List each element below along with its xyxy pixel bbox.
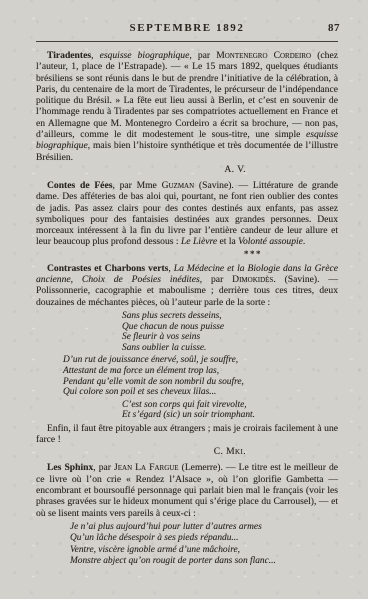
- text-segment: Montenegro Cordeiro: [216, 50, 311, 61]
- verse-line: Sans plus secrets desseins,: [122, 311, 338, 322]
- text-segment: Le Lièvre: [181, 236, 217, 247]
- verse-line: D’un rut de jouissance énervé, soûl, je …: [63, 355, 338, 366]
- text-segment: Contes de Fées: [47, 180, 112, 191]
- poem-stanza-4: Je n’ai plus aujourd’hui pour lutter d’a…: [70, 522, 338, 543]
- text-segment: Volonté assoupie: [238, 236, 303, 247]
- text-segment: Dimokidès: [232, 274, 273, 285]
- verse-line: Qu’un lâche désespoir à ses pieds répand…: [70, 533, 338, 544]
- poem-stanza-2: D’un rut de jouissance énervé, soûl, je …: [63, 355, 338, 397]
- header-month: SEPTEMBRE 1892: [36, 22, 338, 34]
- text-block: SEPTEMBRE 1892 87 Tiradentes, esquisse b…: [36, 22, 338, 568]
- text-segment: (chez l’auteur, 1, place de l’Estrapade)…: [36, 50, 338, 140]
- text-segment: Les Sphinx: [47, 462, 93, 473]
- text-segment: , par: [200, 274, 232, 285]
- text-segment: , par Mme: [112, 180, 161, 191]
- article-contrastes-closing: Enfin, il faut être pitoyable aux étrang…: [36, 423, 338, 446]
- section-separator: ***: [36, 250, 338, 259]
- verse-line: Pendant qu’elle vomit de son nombril du …: [63, 377, 338, 388]
- text-segment: ,: [91, 50, 100, 61]
- verse-line: Que chacun de nous puisse: [122, 322, 338, 333]
- verse-line: Je n’ai plus aujourd’hui pour lutter d’a…: [70, 522, 338, 533]
- running-header: SEPTEMBRE 1892 87: [36, 22, 338, 37]
- article-contrastes: Contrastes et Charbons verts, La Médecin…: [36, 263, 338, 308]
- verse-line: Sans oublier la cuisse.: [122, 343, 338, 354]
- text-segment: Jean La Fargue: [114, 462, 179, 473]
- poem-sphinx: Je n’ai plus aujourd’hui pour lutter d’a…: [36, 522, 338, 566]
- text-segment: et la: [217, 236, 238, 247]
- text-segment: Tiradentes: [47, 50, 91, 61]
- article-tiradentes: Tiradentes, esquisse biographique, par M…: [36, 50, 338, 163]
- scanned-page: SEPTEMBRE 1892 87 Tiradentes, esquisse b…: [0, 0, 368, 599]
- signature-cmki: C. Mki.: [36, 446, 338, 457]
- poem-stanza-3: C’est son corps qui fait virevolte,Et s’…: [122, 400, 338, 421]
- text-segment: , par: [189, 50, 216, 61]
- text-segment: .: [303, 236, 305, 247]
- text-segment: , par: [93, 462, 114, 473]
- verse-line: Et s’égard (sic) un soir triomphant.: [122, 410, 338, 421]
- verse-line: C’est son corps qui fait virevolte,: [122, 400, 338, 411]
- poem-stanza-1: Sans plus secrets desseins,Que chacun de…: [122, 311, 338, 353]
- verse-line: Se fleurir à vos seins: [122, 332, 338, 343]
- page-number: 87: [328, 22, 340, 34]
- article-sphinx: Les Sphinx, par Jean La Fargue (Lemerre)…: [36, 462, 338, 518]
- header-rule: [36, 41, 338, 42]
- poem-contrastes: Sans plus secrets desseins,Que chacun de…: [36, 311, 338, 421]
- text-segment: Contrastes et Charbons verts: [47, 263, 168, 274]
- verse-line: Monstre abject qu’on rougit de porter da…: [70, 556, 338, 567]
- verse-line: Qui colore son poil et ses cheveux lilas…: [63, 387, 338, 398]
- article-contes-de-fees: Contes de Fées, par Mme Guzman (Savine).…: [36, 180, 338, 248]
- signature-av: A. V.: [36, 164, 338, 175]
- text-segment: esquisse biographique: [100, 50, 190, 61]
- text-segment: Guzman: [162, 180, 195, 191]
- poem-stanza-5: Ventre, viscère ignoble armé d’une mâcho…: [70, 545, 338, 566]
- verse-line: Attestant de ma force un élément trop la…: [63, 366, 338, 377]
- verse-line: Ventre, viscère ignoble armé d’une mâcho…: [70, 545, 338, 556]
